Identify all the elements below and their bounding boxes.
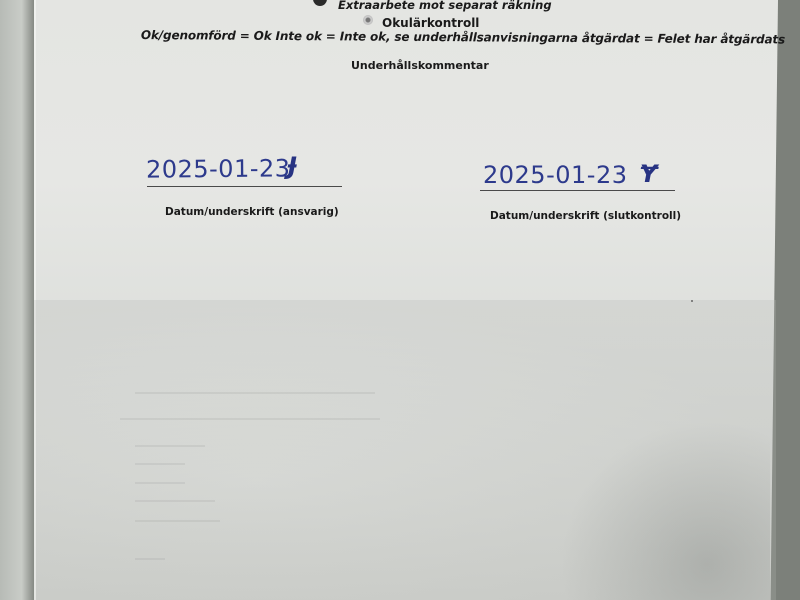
maintenance-comment-heading: Underhållskommentar [351,59,489,72]
extra-work-label: Extraarbete mot separat räkning [338,0,552,12]
bleed-through-line [135,500,215,502]
signature-line-final-check [480,190,675,191]
paper-sheet [34,0,778,600]
bleed-through-line [135,445,205,447]
caption-responsible: Datum/underskrift (ansvarig) [165,206,339,218]
handwritten-date-responsible: 2025-01-23 [146,154,291,183]
visual-inspection-label: Okulärkontroll [382,16,479,30]
bleed-through-line [120,418,380,420]
bleed-through-line [135,463,185,465]
caption-final-check: Datum/underskrift (slutkontroll) [490,210,681,222]
handwritten-date-final-check: 2025-01-23 [483,161,627,189]
signature-line-responsible [147,186,342,187]
bleed-through-line [135,558,165,560]
radio-icon [363,15,373,25]
bleed-through-line [135,520,220,522]
paper-speck [691,300,693,302]
bleed-through-line [135,482,185,484]
signature-initials-responsible: Ɉ [288,152,297,180]
signature-initials-final-check: Ɏ [640,160,657,188]
bleed-through-line [135,392,375,394]
background-surface [0,0,36,600]
